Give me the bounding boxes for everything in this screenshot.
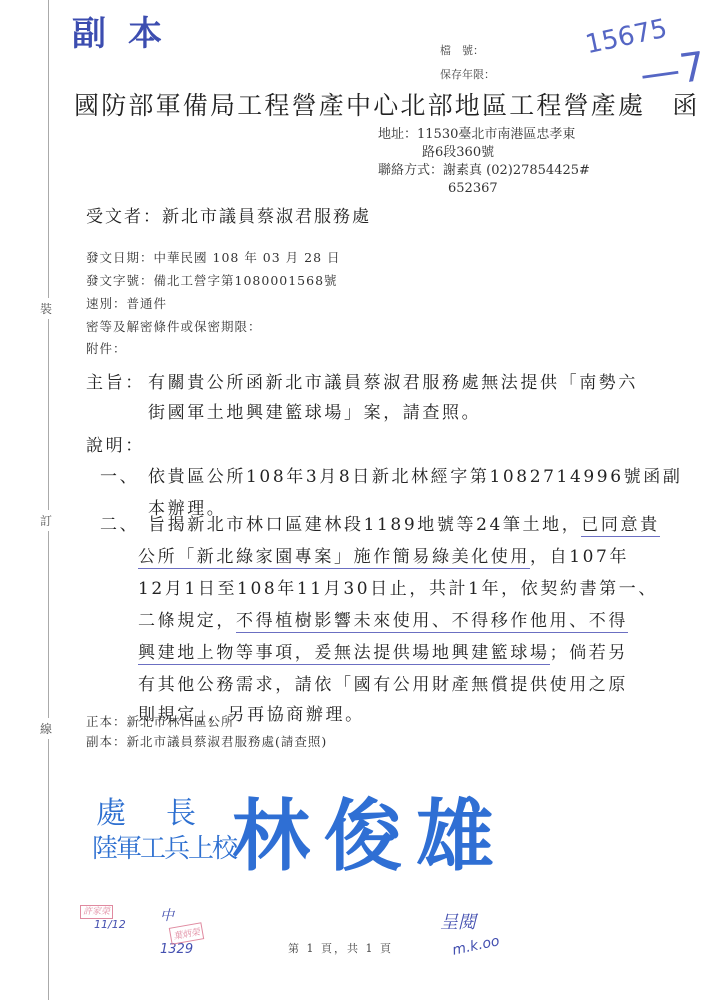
- copy-recipient: 副本：新北市議員蔡淑君服務處(請查照): [86, 732, 327, 750]
- field-document-number: 發文字號：備北工營字第1080001568號: [86, 271, 338, 289]
- field-value: 備北工營字第1080001568號: [154, 273, 338, 288]
- field-label: 密等及解密條件或保密期限：: [86, 319, 262, 334]
- recipient-label: 受文者：: [86, 207, 162, 227]
- binding-line: [48, 0, 49, 1000]
- text-segment: ；倘若另: [550, 643, 628, 663]
- page-number: 第 1 頁，共 1 頁: [288, 940, 393, 956]
- subject-label: 主旨：: [86, 368, 145, 393]
- subject-line-1: 有關貴公所函新北市議員蔡淑君服務處無法提供「南勢六: [148, 368, 638, 393]
- handwritten-initial-1: 許家榮 11/12: [80, 902, 126, 931]
- handwritten-note-1: 呈閱: [440, 908, 476, 934]
- item-2-number: 二、: [100, 510, 139, 535]
- copy-value: 新北市議員蔡淑君服務處(請查照): [127, 734, 328, 749]
- signature-rank: 陸軍工兵上校: [92, 828, 236, 865]
- address-label: 地址：: [378, 127, 417, 142]
- contact-label: 聯絡方式：: [378, 163, 443, 178]
- underlined-text: 已同意貴: [581, 515, 659, 537]
- copy-label: 副本：: [86, 734, 127, 749]
- field-issue-date: 發文日期：中華民國 108 年 03 月 28 日: [86, 248, 341, 266]
- handwritten-initial-2: 中 葉炳榮 1329: [160, 905, 203, 957]
- item-1-line-1: 依貴區公所108年3月8日新北林經字第1082714996號函副: [148, 462, 682, 487]
- text-segment: ，自107年: [530, 547, 629, 567]
- field-value: 中華民國 108 年 03 月 28 日: [154, 250, 341, 265]
- item-2-line-5: 興建地上物等事項，爰無法提供場地興建籃球場；倘若另: [138, 638, 628, 663]
- underlined-text: 興建地上物等事項，爰無法提供場地興建籃球場: [138, 643, 550, 665]
- address-line-2: 路6段360號: [378, 144, 590, 162]
- field-label: 發文字號：: [86, 273, 154, 288]
- address-block: 地址：11530臺北市南港區忠孝東 路6段360號 聯絡方式：謝素真 (02)2…: [378, 126, 590, 198]
- original-label: 正本：: [86, 714, 127, 729]
- underlined-text: 公所「新北綠家園專案」施作簡易綠美化使用: [138, 547, 530, 569]
- field-label: 速別：: [86, 296, 127, 311]
- copy-stamp: 副本: [72, 6, 184, 55]
- field-label: 發文日期：: [86, 250, 154, 265]
- contact-line-1: 謝素真 (02)27854425#: [443, 163, 590, 178]
- field-attachments: 附件：: [86, 339, 127, 357]
- item-2-line-6: 有其他公務需求，請依「國有公用財產無償提供使用之原: [138, 670, 628, 695]
- original-recipient: 正本：新北市林口區公所: [86, 712, 235, 730]
- contact-line-2: 652367: [378, 180, 590, 198]
- item-2-line-1: 旨揭新北市林口區建林段1189地號等24筆土地，已同意貴: [148, 510, 660, 535]
- handwritten-date-1: 11/12: [94, 918, 126, 931]
- retention-period-label: 保存年限：: [440, 66, 495, 82]
- signature-name: 林俊雄: [232, 774, 508, 886]
- address-line-1: 11530臺北市南港區忠孝東: [417, 127, 575, 142]
- field-classification: 密等及解密條件或保密期限：: [86, 317, 262, 335]
- handwritten-note-2: m.k.oo: [451, 933, 501, 959]
- handwritten-date-2: 1329: [160, 942, 203, 957]
- text-segment: 旨揭新北市林口區建林段1189地號等24筆土地，: [148, 515, 581, 535]
- explanation-label: 說明：: [86, 431, 145, 456]
- item-2-line-4: 二條規定，不得植樹影響未來使用、不得移作他用、不得: [138, 606, 628, 631]
- field-value: 普通件: [127, 296, 168, 311]
- recipient: 受文者：新北市議員蔡淑君服務處: [86, 202, 371, 227]
- binding-char-xian: 線: [40, 718, 52, 739]
- subject-line-2: 街國軍土地興建籃球場」案，請查照。: [148, 398, 481, 423]
- binding-char-ding: 訂: [40, 510, 52, 531]
- underlined-text: 不得植樹影響未來使用、不得移作他用、不得: [236, 611, 628, 633]
- item-2-line-3: 12月1日至108年11月30日止，共計1年，依契約書第一、: [138, 574, 658, 599]
- original-value: 新北市林口區公所: [127, 714, 235, 729]
- recipient-value: 新北市議員蔡淑君服務處: [162, 207, 371, 227]
- document-title: 國防部軍備局工程營產中心北部地區工程營產處 函: [74, 86, 700, 122]
- field-label: 附件：: [86, 341, 127, 356]
- text-segment: 二條規定，: [138, 611, 236, 631]
- signature-title-right: 長: [166, 788, 196, 832]
- approval-seal-2: 葉炳榮: [169, 922, 204, 944]
- item-1-number: 一、: [100, 462, 139, 487]
- field-urgency: 速別：普通件: [86, 294, 167, 312]
- binding-char-zhuang: 裝: [40, 298, 52, 319]
- signature-title-left: 處: [96, 788, 126, 832]
- approval-seal-1: 許家榮: [80, 905, 113, 919]
- file-number-label: 檔 號：: [440, 42, 484, 58]
- item-2-line-2: 公所「新北綠家園專案」施作簡易綠美化使用，自107年: [138, 542, 629, 567]
